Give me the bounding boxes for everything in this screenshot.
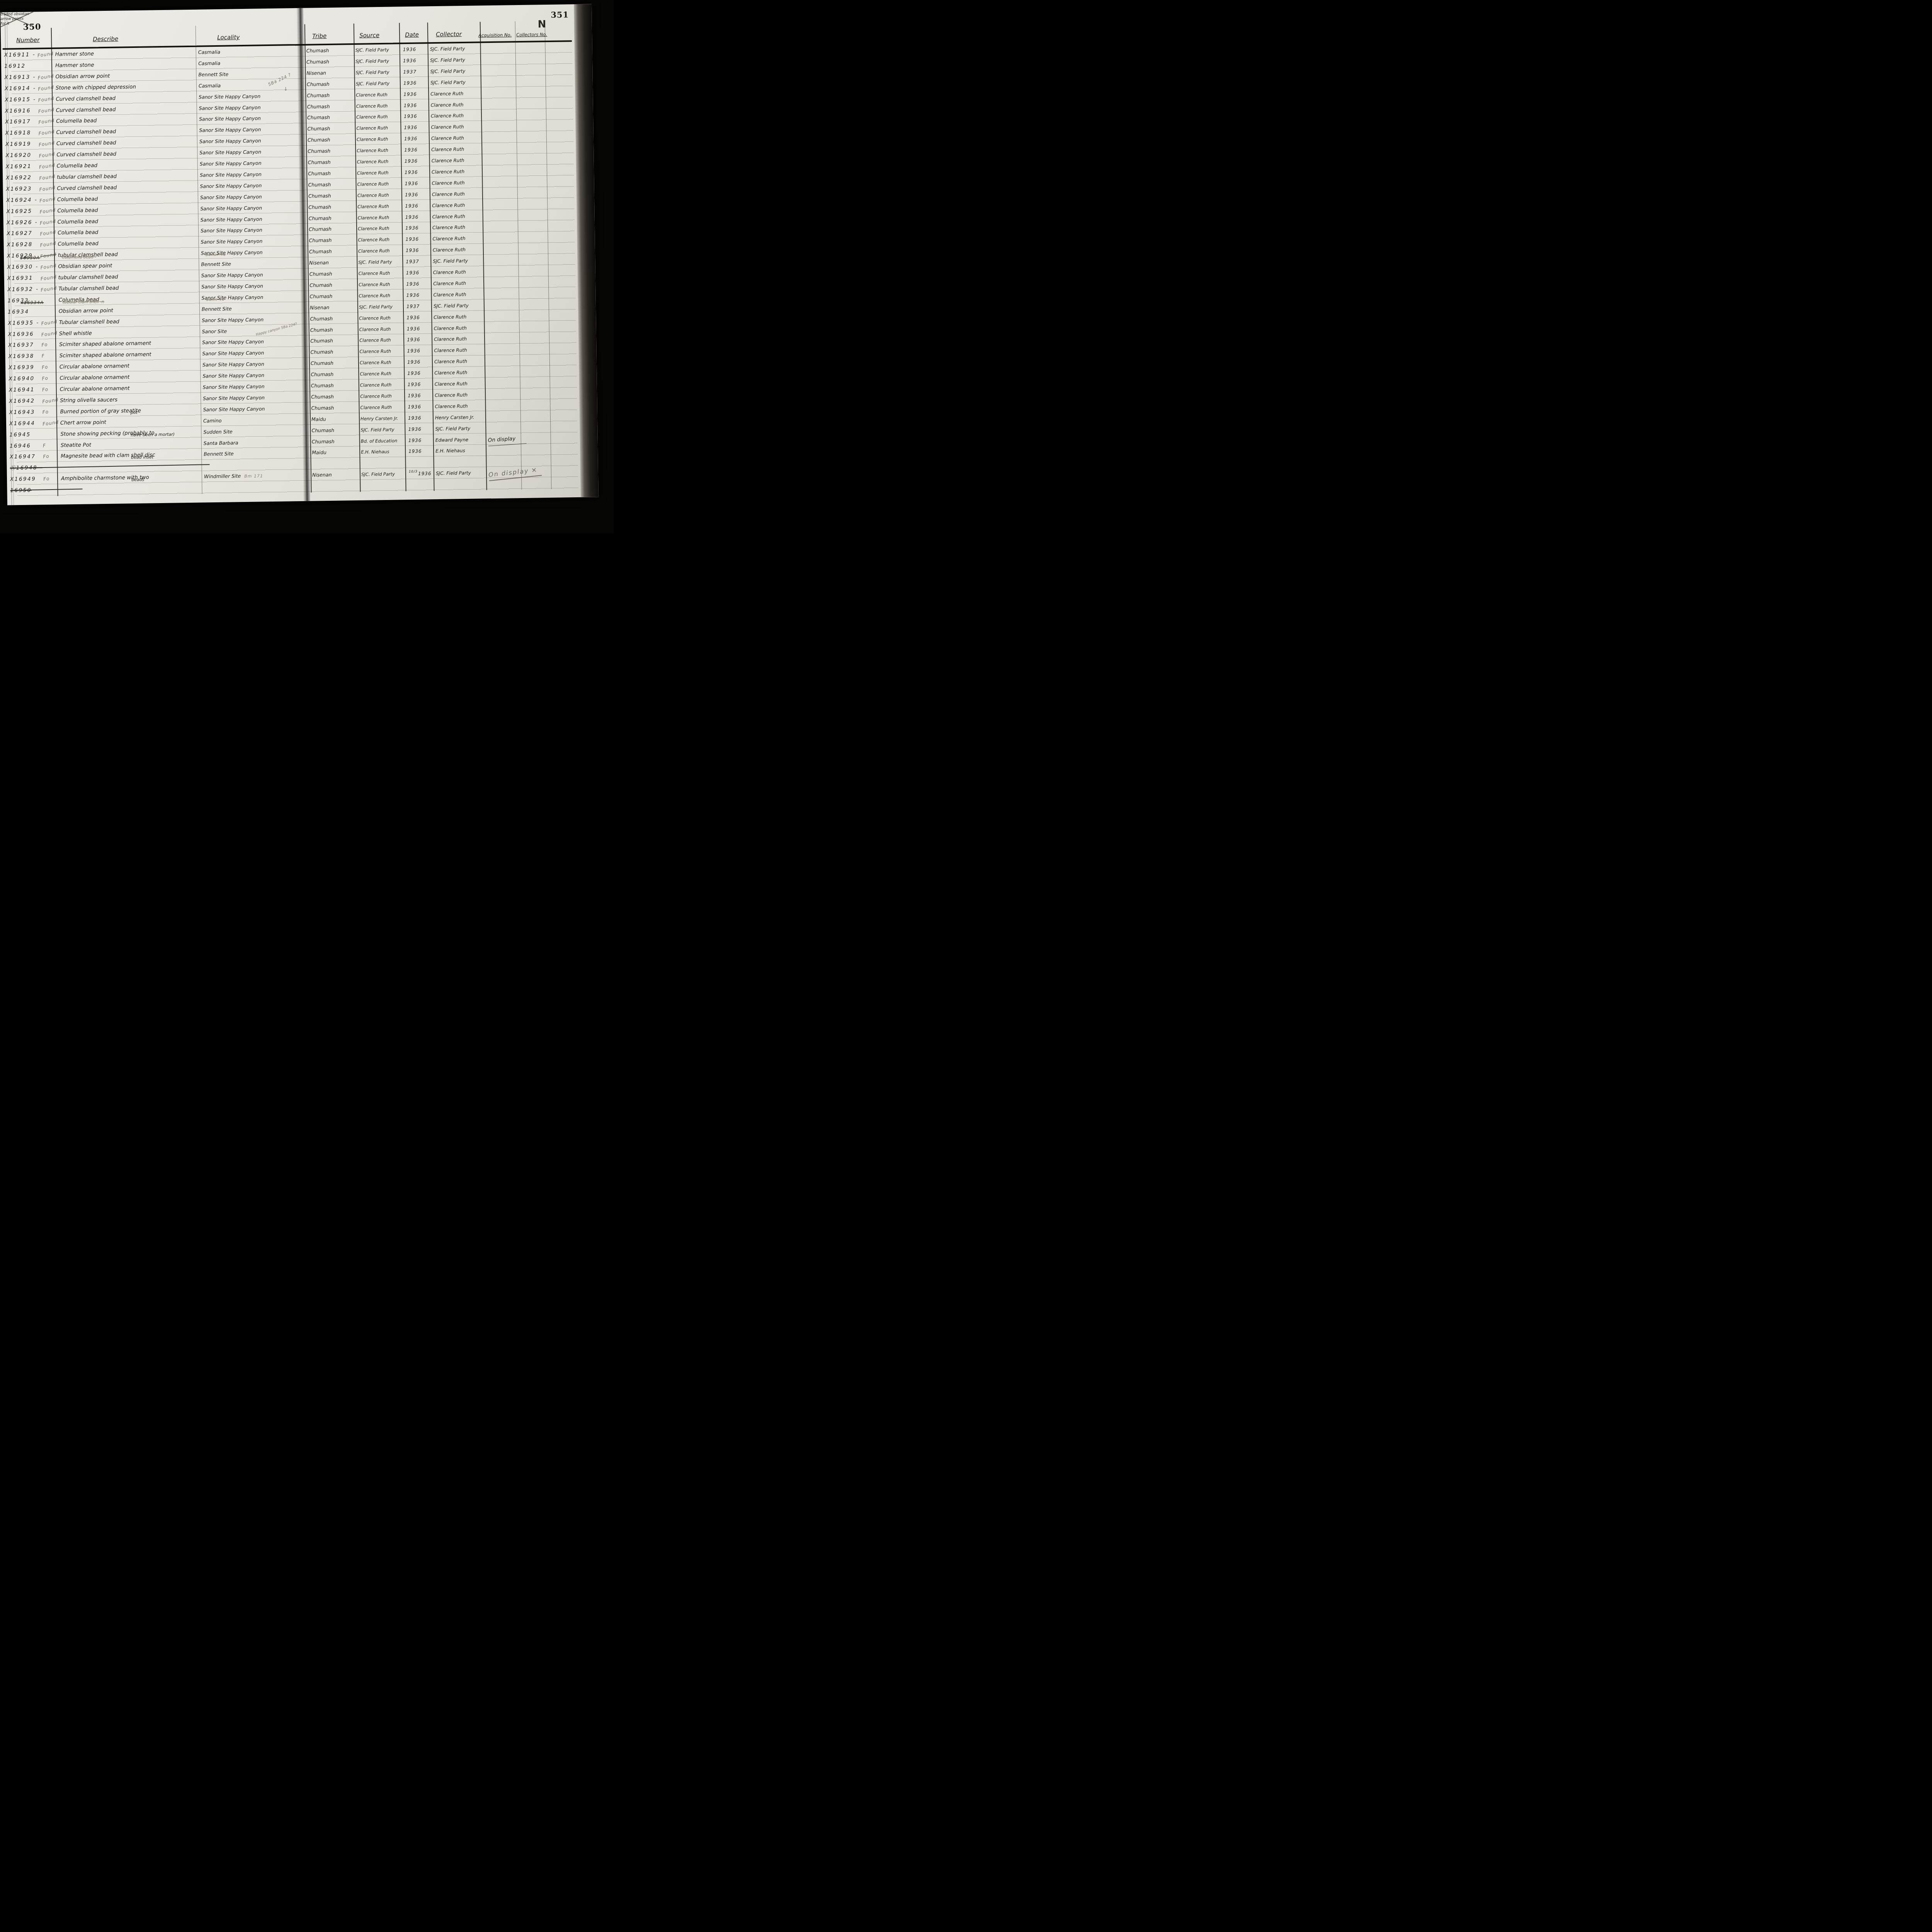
cell-tribe: Nisenan — [309, 257, 329, 269]
cell-collector: SJC. Field Party — [433, 255, 468, 267]
cell-locality: Sanor Site Happy Canyon — [201, 269, 263, 281]
cell-source: Clarence Ruth — [356, 88, 388, 100]
cell-tribe: Chumash — [308, 156, 330, 168]
header-date: Date — [405, 31, 419, 38]
cell-collector: Clarence Ruth — [433, 277, 466, 289]
cell-tribe: Chumash — [310, 279, 332, 291]
cell-number: X16935 - — [8, 317, 39, 328]
cell-number: X16916 — [5, 105, 31, 116]
cell-date: 1936 — [403, 99, 417, 111]
cell-date: 1937 — [406, 300, 420, 311]
cell-collector: Clarence Ruth — [431, 132, 464, 144]
cell-describe: Columella bead — [58, 216, 99, 227]
cell-collector: Clarence Ruth — [432, 188, 465, 200]
cell-date: 1936 — [404, 144, 418, 155]
page-number-right: 351 — [551, 10, 569, 20]
found-notation: Fo — [41, 372, 49, 384]
cell-tribe: Chumash — [309, 223, 332, 235]
found-notation: Fo — [41, 361, 49, 373]
cell-collector: Clarence Ruth — [432, 166, 464, 177]
cell-collector: Clarence Ruth — [433, 266, 466, 278]
cell-date: 1936 — [405, 167, 418, 178]
cell-source: Clarence Ruth — [358, 234, 389, 245]
cell-collector: Clarence Ruth — [432, 199, 465, 211]
cell-collector: Clarence Ruth — [434, 333, 467, 345]
cell-tribe: Chumash — [310, 335, 333, 347]
cell-locality: Sanor Site Happy Canyon — [203, 381, 265, 393]
cell-collector: Henry Carsten Jr. — [435, 411, 474, 423]
cell-tribe: Maidu — [312, 447, 327, 458]
cell-describe: String olivella saucers — [60, 394, 117, 406]
cell-source: Clarence Ruth — [358, 267, 390, 279]
found-notation: Fo — [41, 339, 48, 351]
cell-locality: Sanor Site Happy Canyon — [200, 202, 262, 214]
cell-number: X16940 — [9, 373, 35, 384]
cell-tribe: Chumash — [308, 201, 331, 213]
cell-number: X16926 - — [7, 216, 38, 228]
cell-locality: Sanor Site Happy Canyon — [202, 347, 264, 359]
cell-locality: Sanor Site Happy Canyon — [200, 191, 262, 203]
cell-date: 1936 — [407, 356, 421, 367]
cell-tribe: Chumash — [310, 313, 333, 324]
found-notation: Found — [41, 394, 59, 407]
cell-date: 1936 — [408, 434, 422, 446]
cell-number: X16949 — [10, 473, 36, 485]
cell-locality: Bennett Site — [198, 68, 228, 80]
cell-locality: Sanor Site Happy Canyon — [202, 314, 264, 326]
header-number: Number — [16, 36, 40, 44]
cell-collector: SJC. Field Party — [430, 77, 466, 88]
cell-tribe: Chumash — [306, 45, 329, 56]
cell-locality: Sanor Site Happy Canyon — [199, 124, 261, 136]
cell-describe: Obsidian arrow point — [59, 304, 113, 316]
cell-source: Clarence Ruth — [359, 323, 391, 335]
cell-source: Clarence Ruth — [356, 111, 388, 122]
cell-locality: Sanor Site Happy Canyon — [200, 168, 262, 180]
cell-describe: Hammer stone — [55, 59, 94, 71]
cell-collector: Clarence Ruth — [434, 311, 466, 323]
cell-describe: Shell whistle — [59, 327, 92, 339]
cell-describe: Columella bead — [56, 115, 97, 127]
cell-locality: Sanor Site Happy Canyon — [201, 213, 262, 225]
cell-tribe: Chumash — [308, 145, 330, 157]
cell-date: 1936 — [404, 111, 417, 122]
cell-date: 1936 — [405, 222, 419, 233]
cell-number: X16911 - — [4, 49, 36, 60]
found-notation: Found — [41, 327, 58, 340]
cell-source: Clarence Ruth — [359, 345, 391, 357]
cell-describe: Curved clamshell bead — [56, 92, 116, 104]
cell-describe: Columella bead — [57, 204, 98, 216]
cell-tribe: Maidu — [311, 413, 326, 425]
cell-locality: Sanor Site Happy Canyon — [199, 146, 261, 158]
cell-date: 1936 — [405, 211, 418, 222]
header-locality: Locality — [217, 34, 240, 41]
cell-date: 1936 — [405, 200, 418, 211]
cell-date: 1937 — [406, 256, 419, 267]
cell-source: SJC. Field Party — [359, 301, 393, 312]
cell-locality: Sanor Site Happy Canyon — [202, 369, 264, 381]
cell-date: 1936 — [403, 55, 417, 66]
found-notation: Found — [42, 416, 60, 429]
cell-source: SJC. Field Party — [355, 55, 389, 67]
cell-tribe: Chumash — [309, 246, 332, 257]
cell-source: Henry Carsten Jr. — [361, 412, 398, 424]
cell-locality: Casmalia — [198, 58, 221, 69]
cell-locality: Casmalia — [199, 80, 221, 91]
cell-locality: Bennett Site — [204, 448, 234, 460]
cell-source: Clarence Ruth — [358, 223, 389, 234]
cell-source: Clarence Ruth — [359, 290, 390, 301]
cell-locality: Santa Barbara — [204, 437, 238, 449]
cell-describe: Columella bead — [58, 227, 99, 238]
cell-collector: Clarence Ruth — [433, 244, 466, 255]
cell-collector: Clarence Ruth — [435, 378, 468, 389]
date-superscript: 10/3 — [409, 470, 418, 474]
cell-describe: Curved clamshell bead — [56, 137, 116, 149]
cell-tribe: Chumash — [308, 190, 331, 202]
found-notation: Fo — [41, 383, 49, 395]
cell-tribe: Chumash — [311, 424, 334, 436]
cell-collector: SJC. Field Party — [430, 65, 465, 77]
cell-date: 1936 — [405, 177, 418, 189]
cell-collector: SJC. Field Party — [430, 54, 465, 66]
cell-locality: Sudden Site — [203, 426, 233, 437]
cell-locality: Sanor Site Happy Canyon — [199, 157, 261, 169]
cell-locality: Sanor Site Happy Canyon — [199, 135, 261, 147]
cell-number: X16913 - — [4, 71, 36, 83]
cell-tribe: Chumash — [308, 212, 331, 224]
cell-collector: Clarence Ruth — [432, 211, 465, 222]
cell-describe: tubular clamshell bead — [58, 271, 118, 283]
cell-tribe: Chumash — [311, 369, 333, 380]
cell-tribe: Chumash — [307, 100, 330, 112]
cell-date: 1936 — [407, 345, 420, 356]
cell-number: X16944 — [9, 417, 36, 429]
cell-date: 1936 — [406, 278, 420, 289]
cell-number: X16915 - — [5, 94, 36, 105]
ledger-photo: 350 351 N Number Describe Locality Tribe… — [0, 0, 614, 533]
found-notation: Found — [37, 48, 54, 61]
cell-number: X16941 — [9, 384, 35, 396]
cell-date: 1936 — [403, 44, 416, 55]
margin-letter-mark: N — [538, 19, 546, 30]
cell-date: 1936 — [406, 245, 419, 256]
cell-source: Clarence Ruth — [357, 145, 388, 156]
cell-tribe: Chumash — [308, 134, 330, 146]
cell-source: Clarence Ruth — [357, 156, 388, 167]
cell-tribe: Chumash — [307, 89, 330, 101]
cell-date: 1936 — [404, 122, 417, 133]
cell-describe: Columella bead — [57, 193, 98, 205]
cell-number: 16912 — [4, 60, 26, 72]
cell-collector: Clarence Ruth — [435, 400, 468, 412]
cell-number: X16932 - — [7, 283, 39, 295]
cell-describe: Columella bead — [57, 160, 98, 171]
cell-date: 1936 — [406, 323, 420, 334]
cell-describe-second-line: pot — [131, 410, 138, 415]
cell-locality: Camino — [203, 415, 222, 427]
ledger-page-spread: 350 351 N Number Describe Locality Tribe… — [0, 4, 599, 505]
cell-number: X16919 — [5, 138, 32, 150]
cell-source: Clarence Ruth — [360, 357, 391, 368]
cell-date: 1936 — [406, 267, 419, 278]
cell-locality: Windmiller SiteBm 171 — [204, 470, 263, 482]
cell-describe: Steatite Pot — [61, 439, 91, 451]
cell-describe: Obsidian spear point — [58, 260, 112, 272]
cell-locality: Sanor Site Happy Canyon — [201, 224, 262, 236]
cell-locality: Sanor Site Happy Canyon — [203, 392, 265, 404]
header-collectors-no: Collectors No. — [516, 32, 547, 37]
cell-source: Clarence Ruth — [357, 167, 389, 179]
cell-source: Clarence Ruth — [357, 133, 388, 145]
cell-source: SJC. Field Party — [355, 66, 389, 78]
cell-date: 10/31936 — [409, 468, 432, 479]
cell-describe-second-line: beads — [131, 477, 144, 482]
found-notation: Fo — [43, 473, 50, 485]
cell-collector: SJC. Field Party — [435, 422, 470, 434]
cell-date: 1936 — [408, 412, 422, 423]
cell-tribe: Chumash — [312, 435, 335, 447]
cell-locality: Sanor Site Happy Canyon — [201, 280, 263, 292]
cell-describe: Scimiter shaped abalone ornament — [59, 338, 151, 350]
cell-number: 16946 — [10, 440, 31, 451]
cell-describe: Chert arrow point — [60, 417, 106, 429]
cell-tribe: Chumash — [311, 391, 334, 403]
cell-source: Clarence Ruth — [356, 122, 388, 134]
cell-source: Clarence Ruth — [358, 245, 390, 257]
cell-collector: Clarence Ruth — [431, 155, 464, 166]
cell-source: Clarence Ruth — [359, 279, 390, 290]
cell-number: X16931 — [7, 272, 34, 284]
inserted-crossed-description: tubular clam shell -n — [63, 299, 104, 305]
cell-source: E.H. Niehaus — [361, 446, 389, 457]
cell-collector: E.H. Niehaus — [435, 445, 465, 456]
cell-locality: Sanor Site Happy Canyon — [202, 336, 264, 348]
cell-source: Clarence Ruth — [360, 390, 392, 402]
cell-source: Clarence Ruth — [357, 189, 389, 201]
cell-locality: Sanor Site Happy Canyon — [201, 236, 262, 248]
inserted-crossed-number: 16930A — [20, 255, 40, 261]
cell-number: X16923 — [6, 183, 32, 194]
cell-date: 1936 — [404, 155, 418, 167]
cell-number: 16934 — [8, 306, 29, 317]
found-notation: Found — [40, 282, 58, 295]
cell-date: 1936 — [404, 133, 418, 144]
cell-describe: Hammer stone — [55, 48, 94, 60]
cell-tribe: Chumash — [309, 235, 332, 246]
cell-describe: Tubular clamshell bead — [59, 316, 119, 328]
cell-describe: tubular clamshell bead — [57, 170, 117, 182]
cell-number: X16921 — [6, 161, 32, 172]
cell-collector: Clarence Ruth — [432, 233, 465, 244]
cell-tribe: Chumash — [307, 78, 330, 90]
locality-crossed-note: Sann 41 — [206, 298, 225, 302]
cell-tribe: Chumash — [308, 168, 331, 179]
locality-pencil-note: Bm 171 — [244, 474, 263, 479]
cell-number: X16918 — [5, 127, 31, 139]
cell-date: 1937 — [403, 66, 417, 77]
cell-number: X16914 - — [5, 82, 36, 94]
cell-locality: Bennett Site — [201, 259, 231, 270]
cell-describe: Columella bead — [58, 238, 99, 250]
cell-describe: Obsidian arrow point — [55, 70, 110, 82]
cell-date: 1936 — [408, 379, 421, 390]
cell-collector: Clarence Ruth — [433, 289, 466, 300]
cell-describe: Scimiter shaped abalone ornament — [59, 349, 151, 361]
cell-source: Clarence Ruth — [357, 200, 389, 212]
cell-source: Bd. of Education — [361, 435, 398, 446]
cell-collector: Clarence Ruth — [431, 143, 464, 155]
cell-describe-second-line: bead inset — [131, 454, 153, 460]
cell-collector: Clarence Ruth — [430, 99, 463, 111]
cell-source: Clarence Ruth — [360, 401, 392, 413]
cell-date: 1936 — [405, 189, 418, 200]
cell-number: X16943 — [9, 406, 35, 418]
cell-number: 16945 — [9, 429, 31, 440]
cell-tribe: Chumash — [310, 291, 332, 302]
cell-tribe: Chumash — [311, 380, 334, 391]
found-notation: Fo — [42, 406, 49, 418]
cell-tribe: Chumash — [306, 56, 329, 68]
inserted-crossed-description: Columella bead - — [62, 255, 96, 260]
cell-tribe: Nisenan — [312, 469, 332, 481]
cell-date: 1936 — [408, 446, 422, 457]
found-notation: Fo — [42, 451, 50, 463]
cell-number: X16927 — [7, 228, 33, 239]
cell-locality: Sanor Site Happy Canyon — [200, 180, 262, 192]
cell-date: 1936 — [408, 401, 421, 412]
cell-collector: Clarence Ruth — [432, 177, 464, 189]
cell-source: SJC. Field Party — [356, 77, 389, 89]
cell-locality: Casmalia — [198, 46, 220, 58]
cell-source: SJC. Field Party — [358, 256, 392, 268]
cell-collector: Edward Payne — [435, 434, 469, 445]
cell-describe: Tubular clamshell bead — [58, 282, 119, 294]
cell-describe: Curved clamshell bead — [56, 126, 116, 138]
cell-tribe: Chumash — [310, 268, 332, 280]
cell-number: X16917 — [5, 116, 31, 128]
cell-describe: Curved clamshell bead — [56, 148, 116, 160]
cell-locality: Sanor Site Happy Canyon — [199, 102, 260, 114]
cell-locality: Sanor Site Happy Canyon — [202, 358, 264, 370]
cell-collector: SJC. Field Party — [434, 300, 469, 311]
locality-crossed-note: Sanor 41 — [206, 253, 226, 257]
cell-date: 1936 — [405, 233, 419, 245]
cell-collector: Clarence Ruth — [431, 121, 464, 133]
cell-source: Clarence Ruth — [360, 368, 391, 379]
header-collector: Collector — [436, 31, 462, 38]
cell-collector: Clarence Ruth — [430, 88, 463, 99]
cell-locality: Sanor Site — [202, 325, 227, 337]
cell-source: SJC. Field Party — [355, 44, 389, 56]
cell-source: Clarence Ruth — [359, 334, 391, 346]
cell-locality: Sanor Site Happy Canyon — [199, 113, 261, 125]
found-notation: F — [41, 350, 46, 362]
cell-collector: Clarence Ruth — [435, 389, 468, 401]
cell-describe: Curved clamshell bead — [57, 182, 117, 194]
cell-date: 1936 — [403, 77, 417, 88]
cell-collector: SJC. Field Party — [430, 43, 465, 54]
cell-describe: Circular abalone ornament — [60, 383, 130, 395]
header-source: Source — [359, 32, 379, 39]
cell-tribe: Nisenan — [310, 302, 330, 313]
cell-source: Clarence Ruth — [356, 100, 388, 111]
cell-source: Clarence Ruth — [357, 178, 389, 190]
cell-number: X16939 — [9, 362, 35, 373]
cell-source: Clarence Ruth — [360, 379, 392, 391]
cell-tribe: Chumash — [310, 346, 333, 358]
cell-describe: Curved clamshell bead — [56, 104, 116, 116]
cell-date: 1936 — [407, 334, 420, 345]
header-tribe: Tribe — [312, 32, 327, 40]
cell-tribe: Chumash — [307, 123, 330, 134]
cell-tribe: Chumash — [311, 357, 333, 369]
cell-date: 1936 — [403, 88, 417, 99]
cell-date: 1936 — [407, 367, 421, 379]
cell-source: Clarence Ruth — [357, 211, 389, 223]
cell-number: X16936 — [8, 328, 34, 340]
cell-source: SJC. Field Party — [361, 423, 394, 435]
cell-locality: Sanor Site Happy Canyon — [199, 90, 260, 102]
cell-tribe: Chumash — [307, 112, 330, 123]
cell-describe: Stone with chipped depression — [56, 81, 136, 94]
cell-collector: Clarence Ruth — [431, 110, 464, 121]
cell-date: 1936 — [406, 311, 420, 323]
cell-collector: Clarence Ruth — [434, 322, 466, 333]
cell-number: X16938 — [8, 350, 34, 362]
cell-number: X16925 — [6, 205, 32, 217]
header-acquisition-no: Acquisition No. — [478, 32, 512, 38]
cell-number: X16942 — [9, 395, 35, 406]
cell-number: X16922 — [6, 172, 32, 184]
cell-collector: Clarence Ruth — [434, 344, 467, 356]
cell-collector: Clarence Ruth — [434, 355, 467, 367]
cell-describe: Circular abalone ornament — [60, 360, 129, 372]
cell-number: X16947 — [10, 451, 36, 463]
cell-collector: Clarence Ruth — [434, 367, 467, 378]
cell-source: Clarence Ruth — [359, 312, 391, 323]
cell-number: X16928 — [7, 239, 33, 250]
cell-tribe: Chumash — [311, 402, 334, 414]
cell-number: X16937 — [8, 339, 34, 351]
cell-tribe: Chumash — [310, 324, 333, 335]
header-describe: Describe — [93, 35, 118, 43]
cell-tribe: Chumash — [308, 179, 331, 190]
cell-locality: Bennett Site — [202, 303, 232, 315]
cell-describe: Circular abalone ornament — [60, 371, 129, 383]
cell-date: 1936 — [408, 390, 421, 401]
inserted-crossed-number: x16934A — [21, 300, 44, 305]
found-notation: F — [42, 439, 47, 451]
cell-tribe: Nisenan — [306, 67, 326, 79]
cell-number: X16920 — [5, 150, 32, 161]
cell-source: SJC. Field Party — [361, 468, 395, 480]
cell-locality: Sanor Site Happy Canyon — [203, 403, 265, 415]
cell-describe: Burned portion of gray steatite — [60, 405, 141, 417]
cell-date: 1936 — [406, 289, 420, 300]
cell-date: 1936 — [408, 423, 422, 434]
cell-collector: Clarence Ruth — [432, 221, 465, 233]
cell-describe-second-line: have been a mortar) — [131, 432, 175, 438]
cell-collector: SJC. Field Party — [436, 467, 471, 479]
cell-number: X16924 - — [6, 194, 38, 206]
cell-number: X16930 - — [7, 261, 39, 273]
